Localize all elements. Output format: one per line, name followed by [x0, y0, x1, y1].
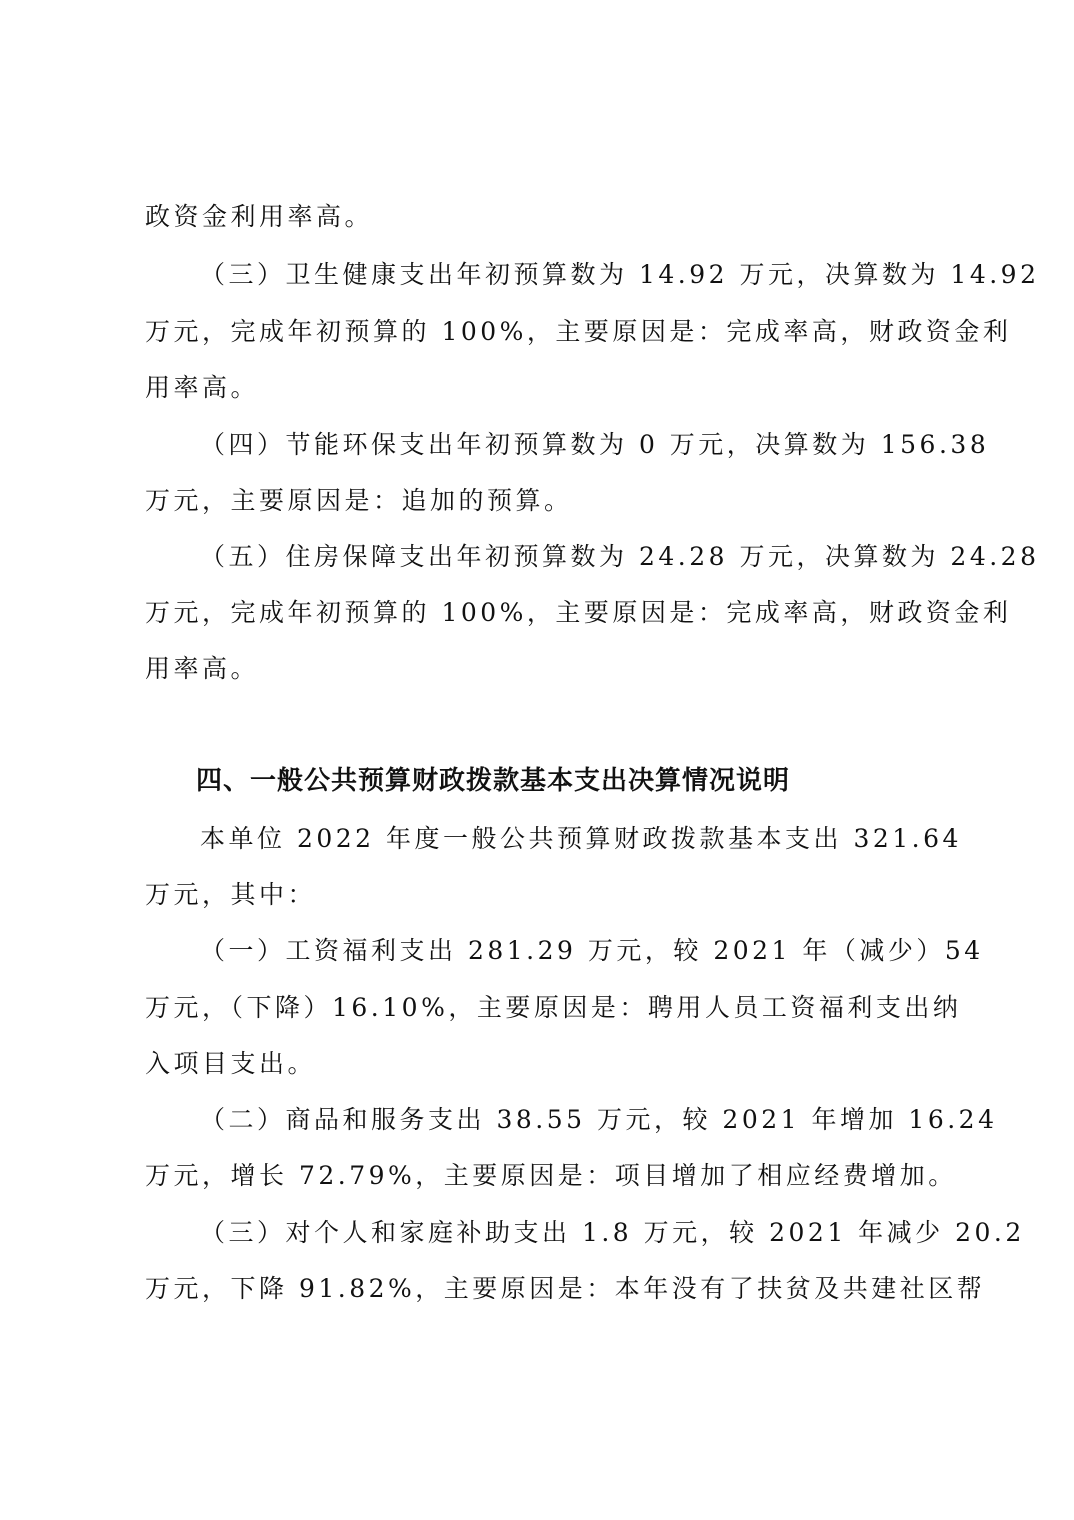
paragraph-line: （一）工资福利支出 281.29 万元，较 2021 年（减少）54 [200, 936, 984, 966]
paragraph-line: 万元，其中： [145, 880, 316, 910]
paragraph-line: 本单位 2022 年度一般公共预算财政拨款基本支出 321.64 [200, 824, 962, 854]
paragraph-line: 万元，完成年初预算的 100%，主要原因是：完成率高，财政资金利 [145, 598, 1011, 628]
paragraph-line: 万元，主要原因是：追加的预算。 [145, 486, 573, 516]
paragraph-line: 用率高。 [145, 373, 259, 403]
document-page: 政资金利用率高。 （三）卫生健康支出年初预算数为 14.92 万元，决算数为 1… [0, 0, 1074, 1520]
paragraph-line: （三）卫生健康支出年初预算数为 14.92 万元，决算数为 14.92 [200, 260, 1039, 290]
paragraph-line: 用率高。 [145, 654, 259, 684]
paragraph-line: （四）节能环保支出年初预算数为 0 万元，决算数为 156.38 [200, 430, 989, 460]
paragraph-line: 入项目支出。 [145, 1049, 316, 1079]
paragraph-line: 万元，增长 72.79%，主要原因是：项目增加了相应经费增加。 [145, 1161, 957, 1191]
paragraph-line: （三）对个人和家庭补助支出 1.8 万元，较 2021 年减少 20.2 [200, 1218, 1025, 1248]
paragraph-line: 万元，下降 91.82%，主要原因是：本年没有了扶贫及共建社区帮 [145, 1274, 985, 1304]
section-heading: 四、一般公共预算财政拨款基本支出决算情况说明 [196, 766, 790, 796]
paragraph-line: 政资金利用率高。 [145, 202, 373, 232]
paragraph-line: （五）住房保障支出年初预算数为 24.28 万元，决算数为 24.28 [200, 542, 1039, 572]
paragraph-line: 万元，（下降）16.10%，主要原因是：聘用人员工资福利支出纳 [145, 993, 961, 1023]
paragraph-line: （二）商品和服务支出 38.55 万元，较 2021 年增加 16.24 [200, 1105, 998, 1135]
paragraph-line: 万元，完成年初预算的 100%，主要原因是：完成率高，财政资金利 [145, 317, 1011, 347]
